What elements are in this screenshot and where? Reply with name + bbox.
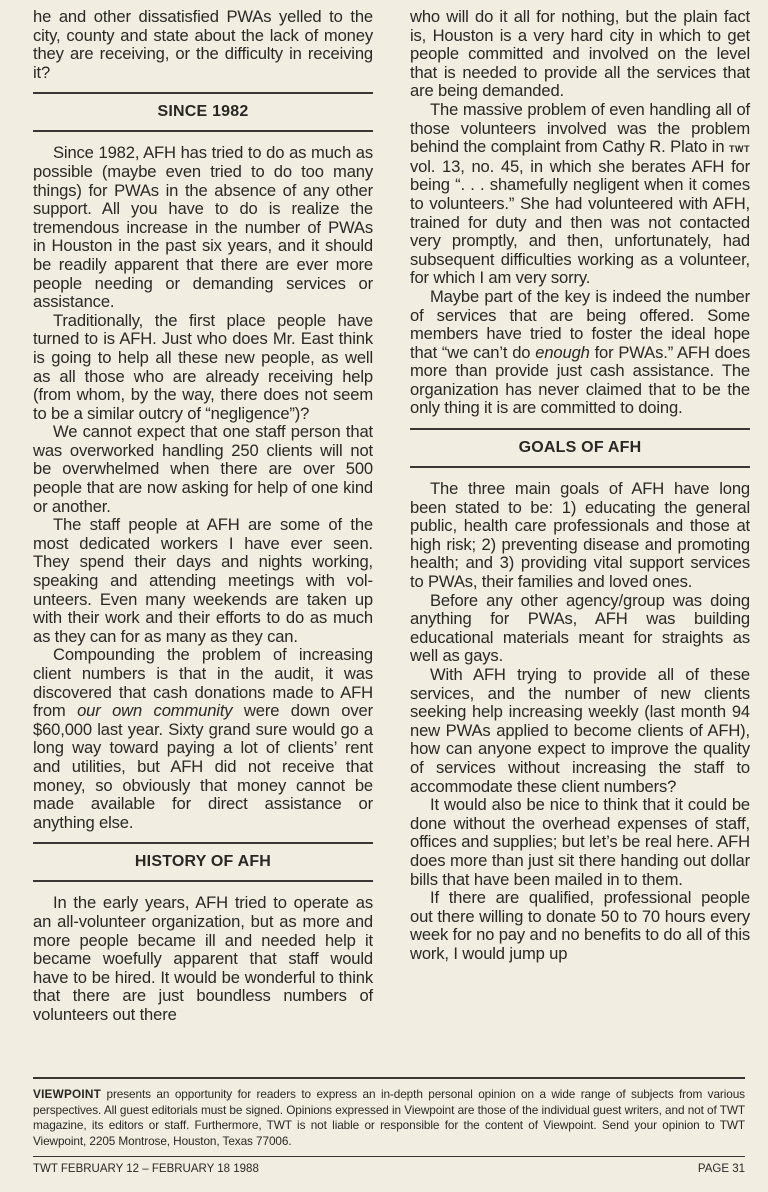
paragraph-maybe: Maybe part of the key is indeed the numb… — [410, 288, 750, 418]
paragraph: With AFH trying to provide all of these … — [410, 666, 750, 796]
paragraph: We cannot expect that one staff person t… — [33, 423, 373, 516]
issue-dateline: TWT FEBRUARY 12 – FEBRUARY 18 1988 — [33, 1163, 259, 1175]
section-heading-since-1982: SINCE 1982 — [33, 92, 373, 132]
continuation-paragraph: who will do it all for nothing, but the … — [410, 8, 750, 101]
emphasis-text: our own community — [77, 701, 232, 720]
paragraph: In the early years, AFH tried to operate… — [33, 894, 373, 1024]
text: were down over $60,000 last year. Sixty … — [33, 701, 373, 832]
viewpoint-label: VIEWPOINT — [33, 1087, 101, 1101]
section-heading-history: HISTORY OF AFH — [33, 842, 373, 882]
text: vol. 13, no. 45, in which she berates AF… — [410, 157, 750, 288]
paragraph: Before any other agency/group was do­ing… — [410, 592, 750, 666]
emphasis-text: enough — [535, 343, 589, 362]
publication-name: twt — [729, 140, 750, 155]
page-number: PAGE 31 — [698, 1163, 745, 1175]
section-heading-goals: GOALS OF AFH — [410, 428, 750, 468]
paragraph: Since 1982, AFH has tried to do as much … — [33, 144, 373, 311]
left-column: he and other dissatisfied PWAs yelled to… — [33, 8, 373, 1025]
paragraph-massive-problem: The massive problem of even handling all… — [410, 101, 750, 288]
viewpoint-notice: VIEWPOINT presents an opportunity for re… — [33, 1077, 745, 1149]
page-footer: TWT FEBRUARY 12 – FEBRUARY 18 1988 PAGE … — [33, 1156, 745, 1175]
paragraph: Traditionally, the first place people ha… — [33, 312, 373, 424]
text: The massive problem of even handling all… — [410, 100, 750, 156]
paragraph: The staff people at AFH are some of the … — [33, 516, 373, 646]
intro-paragraph: he and other dissatisfied PWAs yelled to… — [33, 8, 373, 82]
paragraph: If there are qualified, professional peo… — [410, 889, 750, 963]
paragraph-compounding: Compounding the problem of increas­ing c… — [33, 646, 373, 832]
paragraph: The three main goals of AFH have long be… — [410, 480, 750, 592]
viewpoint-text: presents an opportunity for readers to e… — [33, 1087, 745, 1148]
right-column: who will do it all for nothing, but the … — [410, 8, 750, 964]
magazine-page: he and other dissatisfied PWAs yelled to… — [0, 0, 768, 1192]
paragraph: It would also be nice to think that it c… — [410, 796, 750, 889]
